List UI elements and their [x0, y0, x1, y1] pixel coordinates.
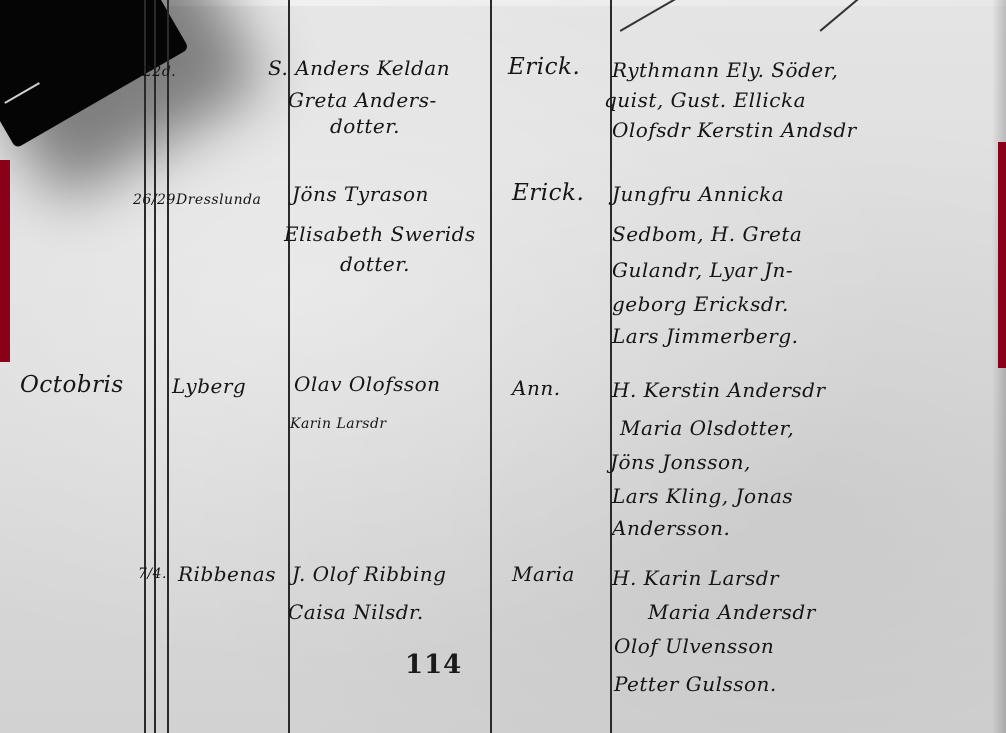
column-rule-3 — [167, 0, 169, 733]
parents-line: Caisa Nilsdr. — [288, 600, 424, 624]
child-name: Maria — [512, 562, 575, 586]
column-rule-2 — [154, 0, 156, 733]
register-page: 22d. S. Anders Keldan Greta Anders- dott… — [0, 0, 1006, 733]
entry-number: 7/4. — [138, 566, 167, 582]
child-name: Ann. — [512, 376, 561, 400]
witness-line: Sedbom, H. Greta — [612, 222, 802, 246]
parents-line: Elisabeth Swerids — [284, 222, 476, 246]
parents-line: Olav Olofsson — [294, 372, 441, 396]
parents-line: Jöns Tyrason — [292, 182, 429, 206]
parents-line: Karin Larsdr — [290, 416, 387, 432]
witness-line: Olof Ulvensson — [614, 634, 774, 658]
witness-line: Gulandr, Lyar Jn- — [612, 258, 793, 282]
witness-line: Maria Olsdotter, — [620, 416, 794, 440]
place-name: Ribbenas — [178, 562, 276, 586]
entry-number: 22d. — [143, 64, 176, 80]
witness-line: Lars Kling, Jonas — [612, 484, 793, 508]
witness-line: geborg Ericksdr. — [612, 292, 789, 316]
witness-line: H. Kerstin Andersdr — [612, 378, 826, 402]
page-number-stamp: 114 — [405, 650, 462, 680]
parents-line: Greta Anders- — [288, 88, 437, 112]
witness-line: Jöns Jonsson, — [610, 450, 751, 474]
right-red-marker — [998, 142, 1006, 368]
witness-line: Olofsdr Kerstin Andsdr — [612, 118, 857, 142]
parents-line: dotter. — [330, 114, 400, 138]
parents-line: S. Anders Keldan — [268, 56, 450, 80]
place-name: Dresslunda — [176, 192, 261, 208]
child-name: Erick. — [508, 54, 580, 80]
entry-number: 26/29. — [133, 192, 181, 208]
parents-line: dotter. — [340, 252, 410, 276]
witness-line: Rythmann Ely. Söder, — [612, 58, 838, 82]
witness-line: Maria Andersdr — [648, 600, 816, 624]
left-red-marker — [0, 160, 10, 362]
parents-line: J. Olof Ribbing — [292, 562, 446, 586]
child-name: Erick. — [512, 180, 584, 206]
witness-line: H. Karin Larsdr — [612, 566, 779, 590]
witness-line: Lars Jimmerberg. — [612, 324, 799, 348]
witness-line: Andersson. — [612, 516, 730, 540]
month-label: Octobris — [20, 372, 124, 398]
witness-line: quist, Gust. Ellicka — [604, 88, 806, 112]
column-rule-1 — [144, 0, 146, 733]
witness-line: Petter Gulsson. — [614, 672, 777, 696]
place-name: Lyberg — [172, 374, 246, 398]
witness-line: Jungfru Annicka — [612, 182, 784, 206]
column-rule-5 — [490, 0, 492, 733]
